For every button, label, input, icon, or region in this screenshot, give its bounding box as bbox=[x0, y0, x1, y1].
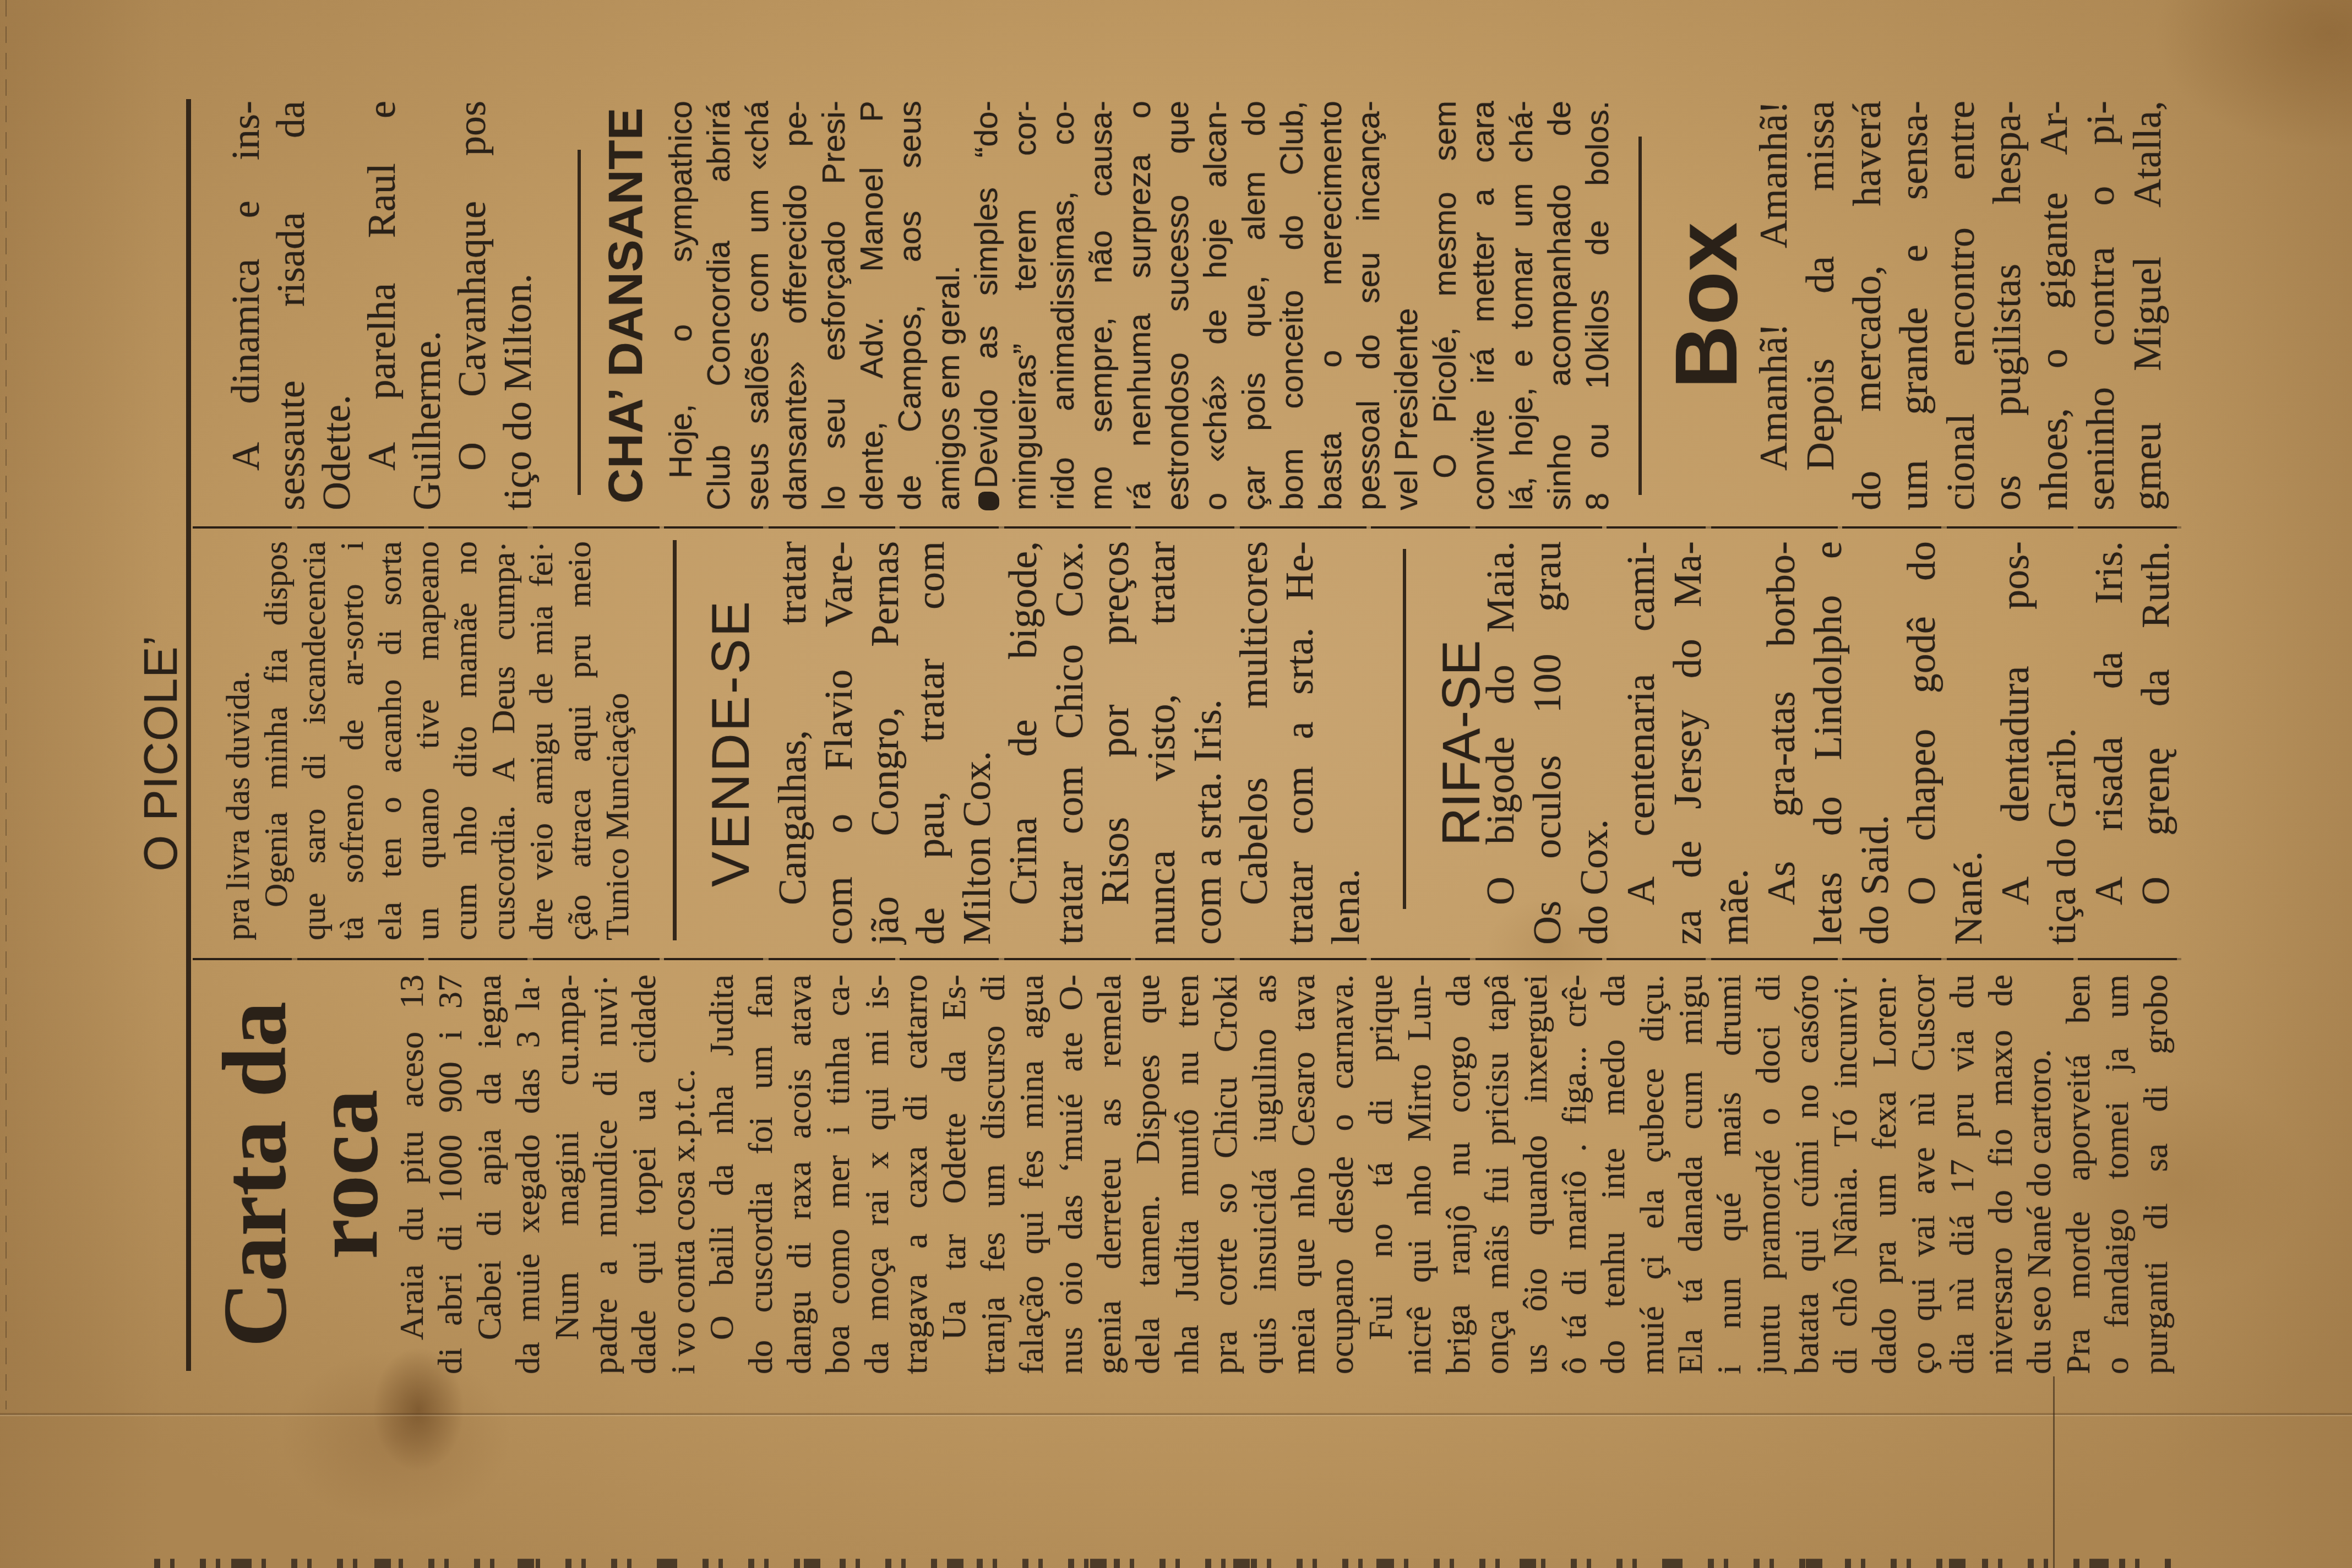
text-line: mingueiras” terem cor- bbox=[1006, 101, 1044, 510]
column-rule-2 bbox=[193, 526, 2181, 529]
text-line: muié çi ela çubece diçu. bbox=[1633, 974, 1672, 1374]
text-line: dangu di raxa acois atava bbox=[780, 974, 819, 1374]
text-line: gmeu Miguel Atalla, bbox=[2124, 101, 2171, 510]
section-heading-cha-dansante: CHA’ DANSANTE bbox=[601, 101, 650, 510]
text-line: Cangalhas, tratar bbox=[770, 541, 816, 945]
text-line: com a srta. Iris. bbox=[1185, 541, 1231, 945]
text-line: ção atraca aqui pru meio bbox=[560, 541, 598, 940]
text-line: A risada da Iris. bbox=[2086, 541, 2132, 945]
scanned-newspaper-page: O PICOLE’ Carta da roca Araia du pitu ac… bbox=[0, 0, 2352, 1568]
text-line: O chapeo godê do bbox=[1898, 541, 1945, 945]
text-line: juntu pramordé o doci di bbox=[1749, 974, 1788, 1374]
text-line: os pugilistas hespa- bbox=[1984, 101, 2030, 510]
text-line: us ôio quando inxerguei bbox=[1516, 974, 1555, 1374]
text-line: nicrê qui nho Mirto Lun- bbox=[1400, 974, 1439, 1374]
text-line: seus salões com um «chá bbox=[738, 101, 776, 510]
text-line: A dentadura pos- bbox=[1992, 541, 2039, 945]
text-line: un quano tive mapeano bbox=[409, 541, 447, 940]
text-line: Club Concordia abrirá bbox=[700, 101, 738, 510]
text-line: tratar com Chico Cox. bbox=[1047, 541, 1093, 945]
text-line: dade qui topei ua cidade bbox=[625, 974, 663, 1374]
text-line: do Cox. bbox=[1571, 541, 1618, 945]
text-line: tiço do Milton. bbox=[495, 101, 540, 510]
text-line: ocupano desde o carnava. bbox=[1322, 974, 1361, 1374]
text-line: tranja fes um discurso di bbox=[974, 974, 1012, 1374]
text-line: Araia du pitu aceso 13 bbox=[393, 974, 431, 1374]
text-line: convite irá metter a cara bbox=[1464, 101, 1502, 510]
text-line: tiça do Garib. bbox=[2039, 541, 2086, 945]
section-heading-vende-se: VENDE-SE bbox=[704, 541, 759, 945]
text-line: falação qui fes mina agua bbox=[1012, 974, 1051, 1374]
text-line: cum nho dito mamãe no bbox=[447, 541, 484, 940]
text-line: Devido as simples “do- bbox=[967, 101, 1005, 510]
text-line: di chô Nânia. Tó incunvi· bbox=[1826, 974, 1865, 1374]
text-line: i vo conta cosa x.p.t.c. bbox=[664, 974, 703, 1374]
text-line: As gra-atas borbo- bbox=[1758, 541, 1805, 945]
text-line: O baili da nha Judita bbox=[703, 974, 741, 1374]
text-line: sessaute risada da bbox=[268, 101, 313, 510]
text-line: que saro di iscandecencia bbox=[295, 541, 333, 940]
text-line: Amanhã! Amanhã! bbox=[1750, 101, 1797, 510]
text-line: nus oio das ‘muié ate O- bbox=[1052, 974, 1090, 1374]
text-line: A dinamica e ins- bbox=[223, 101, 268, 510]
text-line: com o Flavio Vare- bbox=[816, 541, 862, 945]
text-line: ço qui vai ave nù Cuscor bbox=[1904, 974, 1942, 1374]
text-line: bom conceito do Club, bbox=[1273, 101, 1311, 510]
text-line: do tenhu inte medo da bbox=[1594, 974, 1632, 1374]
article-headline: Carta da roca bbox=[209, 974, 392, 1374]
text-line: O grenę da Ruth. bbox=[2132, 541, 2179, 945]
text-line: de Campos, aos seus bbox=[891, 101, 929, 510]
text-line: Pra morde aporveitá ben bbox=[2059, 974, 2098, 1374]
text-line: tratar com a srta. He- bbox=[1277, 541, 1323, 945]
masthead-rule bbox=[186, 99, 191, 1371]
text-line: Fui no tá di prique bbox=[1362, 974, 1400, 1374]
masthead-title: O PICOLE’ bbox=[136, 616, 187, 891]
column-rule-1 bbox=[193, 958, 2181, 960]
article-body: Araia du pitu aceso 13 di abri di 1000 9… bbox=[393, 974, 2175, 1374]
text-line: i nun qué mais drumi bbox=[1710, 974, 1749, 1374]
headline-line: Carta da bbox=[209, 974, 301, 1374]
text-line: Nané. bbox=[1945, 541, 1992, 945]
text-line: Cabelos multicores bbox=[1231, 541, 1277, 945]
text-line: pessoal do seu incança- bbox=[1349, 101, 1387, 510]
text-line: do cuscordia foi um fan bbox=[742, 974, 780, 1374]
text-line: tà sofreno de ar-sorto i bbox=[333, 541, 371, 940]
text-line: A parelha Raul e bbox=[359, 101, 404, 510]
text-line: jão Congro, Pernas bbox=[862, 541, 908, 945]
text-line: Crina de bigode, bbox=[1000, 541, 1047, 945]
text-line: 8 ou 10kilos de bolos. bbox=[1578, 101, 1616, 510]
section-divider bbox=[673, 540, 677, 940]
text-line: lena. bbox=[1323, 541, 1369, 945]
text-line: rá nenhuma surpreza o bbox=[1120, 101, 1158, 510]
text-line: cional encontro entre bbox=[1937, 101, 1984, 510]
text-line: nhoes, o gigante Ar- bbox=[2030, 101, 2077, 510]
text-line: dente, Adv. Manoel P bbox=[853, 101, 891, 510]
text-line: mo sempre, não causa- bbox=[1082, 101, 1120, 510]
classifieds-for-sale: Cangalhas, tratar com o Flavio Vare- jão… bbox=[770, 541, 1369, 945]
section-divider bbox=[578, 150, 581, 495]
text-line: de pau, tratar com bbox=[908, 541, 954, 945]
text-line: mãe. bbox=[1711, 541, 1758, 945]
short-notes: A dinamica e ins- sessaute risada da Ode… bbox=[223, 101, 540, 510]
text-line: Milton Cox. bbox=[954, 541, 1000, 945]
box-article: Amanhã! Amanhã! Depois da missa do merca… bbox=[1750, 101, 2171, 510]
text-line: Num magini cu.mpa- bbox=[548, 974, 586, 1374]
text-line: padre a mundice di nuvi· bbox=[586, 974, 625, 1374]
text-line: Ogenia minha fia dispos bbox=[257, 541, 295, 940]
text-line: Ua tar Odette da Es- bbox=[935, 974, 973, 1374]
text-line: estrondoso sucesso que bbox=[1158, 101, 1196, 510]
text-line: briga ranjô nu corgo da bbox=[1439, 974, 1478, 1374]
text-line: genia derreteu as remela bbox=[1090, 974, 1129, 1374]
text-line: um grande e sensa- bbox=[1891, 101, 1937, 510]
text-line: do Said. bbox=[1852, 541, 1898, 945]
text-line: da moça rai x qui mi is- bbox=[858, 974, 896, 1374]
section-divider bbox=[1403, 549, 1406, 909]
text-line: dado pra um fexa Loren· bbox=[1865, 974, 1904, 1374]
text-line: Tunico Munciação bbox=[598, 541, 636, 940]
text-line: boa como mer i tinha ca- bbox=[819, 974, 857, 1374]
text-line: A centenaria cami- bbox=[1618, 541, 1664, 945]
text-line: Guilherme. bbox=[404, 101, 449, 510]
text-line: Depois da missa bbox=[1797, 101, 1844, 510]
text-line: niversaro do fio maxo de bbox=[1981, 974, 2020, 1374]
text-line: basta o merecimento bbox=[1311, 101, 1349, 510]
text-line: dansante» offerecido pe- bbox=[776, 101, 814, 510]
text-line: Risos por preços bbox=[1092, 541, 1139, 945]
text-line: lá, hoje, e tomar um chá- bbox=[1502, 101, 1540, 510]
cha-dansante-article: Hoje, o sympathico Club Concordia abrirá… bbox=[662, 101, 1617, 510]
text-line: nha Judita muntô nu tren bbox=[1168, 974, 1206, 1374]
text-line: O Picolé, mesmo sem bbox=[1426, 101, 1464, 510]
text-line: dela tamen. Dispoes que bbox=[1129, 974, 1167, 1374]
text-line: Ela tá danada cum migu bbox=[1672, 974, 1710, 1374]
text-line: o fandaigo tomei ja um bbox=[2098, 974, 2136, 1374]
text-line: Cabei di apia da iegna bbox=[470, 974, 509, 1374]
text-line: amigos em geral. bbox=[929, 101, 967, 510]
text-line: sinho acompanhado de bbox=[1540, 101, 1578, 510]
text-line: rido animadissimas, co- bbox=[1044, 101, 1082, 510]
section-divider bbox=[1638, 137, 1642, 495]
text-line: o «chá» de hoje alcan- bbox=[1196, 101, 1234, 510]
text-line: ela ten o acanho di sorta bbox=[371, 541, 409, 940]
text-line: letas do Lindolpho e bbox=[1805, 541, 1852, 945]
text-line: pra livra das duvida. bbox=[219, 541, 257, 940]
text-line: do mercado, haverá bbox=[1844, 101, 1891, 510]
continued-text: pra livra das duvida. Ogenia minha fia d… bbox=[219, 541, 636, 940]
text-line: lo seu esforçado Presi- bbox=[815, 101, 853, 510]
text-line: meia que nho Cesaro tava bbox=[1284, 974, 1322, 1374]
text-line: dre veio amigu de mia fei· bbox=[522, 541, 560, 940]
headline-line: roca bbox=[301, 974, 392, 1374]
text-line: dia nù diá 17 pru via du bbox=[1943, 974, 1981, 1374]
newspaper-page-rotated: O PICOLE’ Carta da roca Araia du pitu ac… bbox=[0, 0, 2352, 1568]
text-line: purganti di sa di grobo bbox=[2137, 974, 2175, 1374]
text-line: batata qui cúmi no casóro bbox=[1788, 974, 1826, 1374]
text-line: cuscordia. A Deus cumpa· bbox=[484, 541, 522, 940]
text-line: Hoje, o sympathico bbox=[662, 101, 700, 510]
text-line: Os oculos 100 grau bbox=[1524, 541, 1571, 945]
text-line: di abri di 1000 900 i 37 bbox=[431, 974, 470, 1374]
text-line: onça mâis fui pricisu tapâ bbox=[1478, 974, 1516, 1374]
text-line: Odette. bbox=[314, 101, 359, 510]
text-line: O bigode do Maia. bbox=[1477, 541, 1524, 945]
text-line: za de Jersey do Ma- bbox=[1664, 541, 1711, 945]
text-line: pra corte so Chicu Croki bbox=[1206, 974, 1245, 1374]
text-line: vel Presidente bbox=[1387, 101, 1425, 510]
text-line: seninho contra o pi- bbox=[2077, 101, 2124, 510]
text-line: ô tá di mariô . figa... crê- bbox=[1555, 974, 1594, 1374]
text-line: du seo Nané do cartoro. bbox=[2020, 974, 2059, 1374]
text-line: tragava a caxa di catarro bbox=[896, 974, 935, 1374]
text-line: O Cavanhaque pos bbox=[449, 101, 494, 510]
section-heading-box: Box bbox=[1659, 101, 1753, 510]
text-line: nunca visto, tratar bbox=[1139, 541, 1185, 945]
text-line: da muie xegado das 3 la· bbox=[509, 974, 547, 1374]
text-line: quis insuicidá iugulino as bbox=[1245, 974, 1284, 1374]
classifieds-raffle: O bigode do Maia. Os oculos 100 grau do … bbox=[1477, 541, 2179, 945]
text-line: çar pois que, alem do bbox=[1235, 101, 1273, 510]
